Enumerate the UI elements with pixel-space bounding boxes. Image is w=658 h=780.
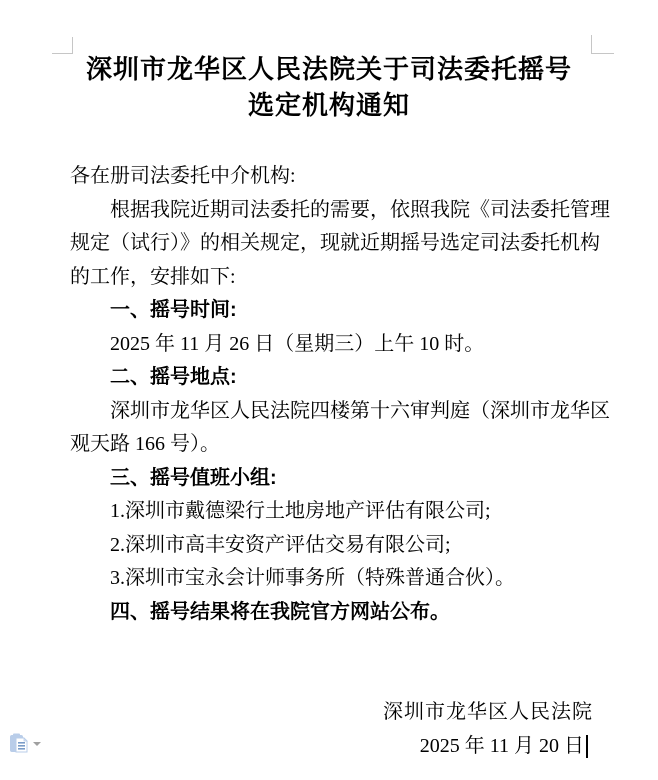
section-3-org-2: 2.深圳市高丰安资产评估交易有限公司; — [70, 529, 595, 563]
signature-date: 2025 年 11 月 20 日 — [420, 735, 584, 757]
paste-options-icon — [9, 733, 30, 754]
title-line-1: 深圳市龙华区人民法院关于司法委托摇号 — [0, 52, 658, 88]
signature-organization: 深圳市龙华区人民法院 — [0, 696, 593, 730]
section-3-heading: 三、摇号值班小组: — [70, 462, 595, 496]
intro-paragraph-line-1: 根据我院近期司法委托的需要，依照我院《司法委托管理 — [70, 194, 595, 228]
signature-block: 深圳市龙华区人民法院 2025 年 11 月 20 日 — [0, 696, 593, 763]
text-cursor-caret — [586, 735, 588, 758]
intro-paragraph-line-2: 规定（试行）》的相关规定，现就近期摇号选定司法委托机构 — [70, 227, 595, 261]
document-title: 深圳市龙华区人民法院关于司法委托摇号 选定机构通知 — [0, 52, 658, 124]
dropdown-arrow-icon — [33, 742, 41, 746]
section-2-address-line-2: 观天路 166 号）。 — [70, 428, 595, 462]
section-4-heading: 四、摇号结果将在我院官方网站公布。 — [70, 596, 595, 630]
section-3-org-3: 3.深圳市宝永会计师事务所（特殊普通合伙）。 — [70, 562, 595, 596]
document-page[interactable]: 深圳市龙华区人民法院关于司法委托摇号 选定机构通知 各在册司法委托中介机构: 根… — [0, 0, 658, 780]
intro-paragraph-line-3: 的工作，安排如下: — [70, 261, 595, 295]
document-body: 各在册司法委托中介机构: 根据我院近期司法委托的需要，依照我院《司法委托管理 规… — [70, 160, 595, 629]
title-line-2: 选定机构通知 — [0, 88, 658, 124]
section-3-org-1: 1.深圳市戴德梁行土地房地产评估有限公司; — [70, 495, 595, 529]
paste-options-button[interactable] — [9, 733, 43, 755]
section-2-address-line-1: 深圳市龙华区人民法院四楼第十六审判庭（深圳市龙华区 — [70, 395, 595, 429]
section-1-heading: 一、摇号时间: — [70, 294, 595, 328]
section-1-time-line: 2025 年 11 月 26 日（星期三）上午 10 时。 — [70, 328, 595, 362]
salutation-line: 各在册司法委托中介机构: — [70, 160, 595, 194]
signature-date-row: 2025 年 11 月 20 日 — [0, 730, 593, 764]
section-2-heading: 二、摇号地点: — [70, 361, 595, 395]
